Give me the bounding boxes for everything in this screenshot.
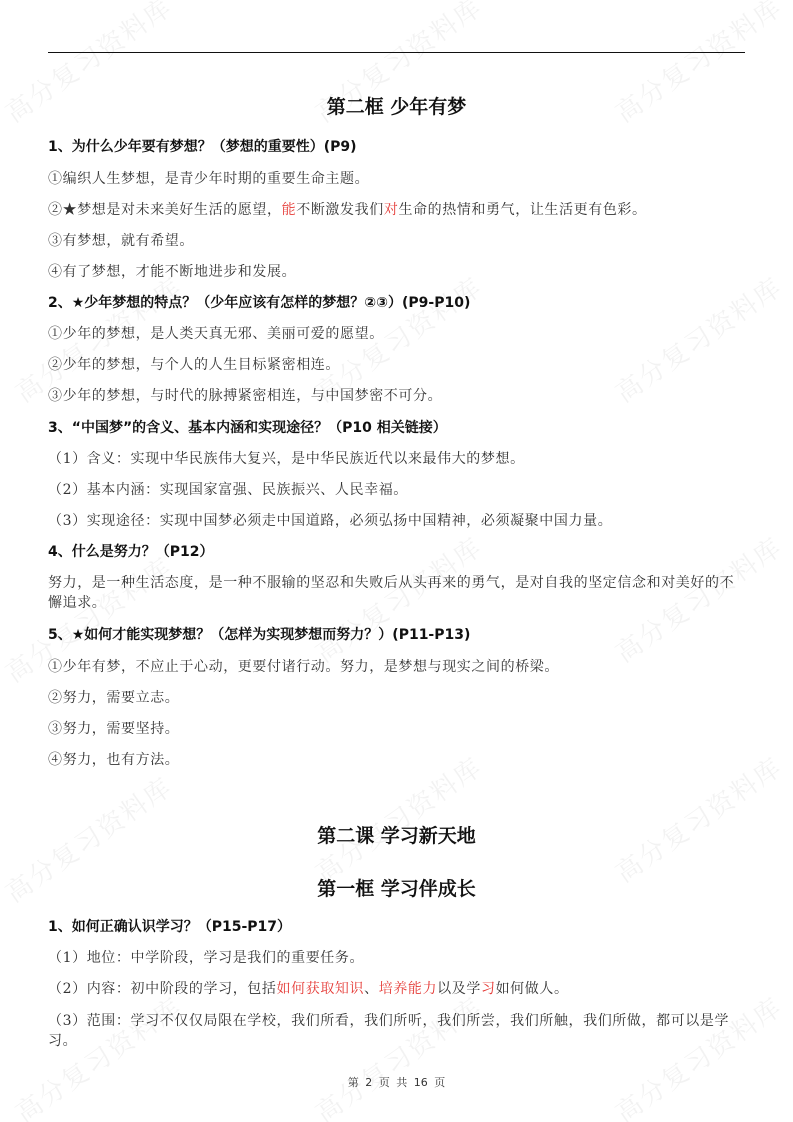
highlight-text: 培养能力 [379,981,437,997]
list-item: ③有梦想，就有希望。 [48,232,194,250]
text-segment: 不断激发我们 [296,202,384,218]
text-segment: ②★梦想是对未来美好生活的愿望， [48,202,282,218]
question-heading: 3、“中国梦”的含义、基本内涵和实现途径？（P10 相关链接） [48,419,447,437]
watermark: 高分复习资料库 [607,987,789,1122]
watermark: 高分复习资料库 [307,987,489,1122]
list-item: ②少年的梦想，与个人的人生目标紧密相连。 [48,356,340,374]
paragraph: （3）范围：学习不仅仅局限在学校，我们所看，我们所听，我们所尝，我们所触，我们所… [48,1011,748,1051]
list-item: （3）实现途径：实现中国梦必须走中国道路，必须弘扬中国精神，必须凝聚中国力量。 [48,512,612,530]
question-heading: 4、什么是努力？（P12） [48,543,213,561]
list-item: ①少年有梦，不应止于心动，更要付诸行动。努力，是梦想与现实之间的桥梁。 [48,658,559,676]
highlight-text: 如何获取知识 [277,981,365,997]
list-item: ①编织人生梦想，是青少年时期的重要生命主题。 [48,170,369,188]
watermark: 高分复习资料库 [607,747,789,890]
question-heading: 1、为什么少年要有梦想？（梦想的重要性）(P9) [48,138,357,156]
list-item: ②★梦想是对未来美好生活的愿望，能不断激发我们对生命的热情和勇气，让生活更有色彩… [48,201,647,219]
list-item: ④有了梦想，才能不断地进步和发展。 [48,263,296,281]
watermark: 高分复习资料库 [7,987,189,1122]
list-item: （2）基本内涵：实现国家富强、民族振兴、人民幸福。 [48,481,408,499]
list-item: ④努力，也有方法。 [48,751,179,769]
question-heading: 1、如何正确认识学习？（P15-P17） [48,918,291,936]
lesson-title: 第二课 学习新天地 [48,821,745,848]
list-item: （2）内容：初中阶段的学习，包括如何获取知识、培养能力以及学习如何做人。 [48,980,569,998]
text-segment: 生命的热情和勇气，让生活更有色彩。 [398,202,646,218]
list-item: ②努力，需要立志。 [48,689,179,707]
paragraph: 努力，是一种生活态度，是一种不服输的坚忍和失败后从头再来的勇气，是对自我的坚定信… [48,573,748,613]
highlight-text: 习 [481,981,496,997]
text-segment: 以及学 [437,981,481,997]
watermark: 高分复习资料库 [307,747,489,890]
header-rule [48,52,745,53]
text-segment: （2）内容：初中阶段的学习，包括 [48,981,277,997]
text-segment: 如何做人。 [496,981,569,997]
highlight-text: 能 [282,202,297,218]
watermark: 高分复习资料库 [607,267,789,410]
text-segment: 、 [364,981,379,997]
page-number: 第 2 页 共 16 页 [0,1074,793,1090]
list-item: ③努力，需要坚持。 [48,720,179,738]
question-heading: 5、★如何才能实现梦想？（怎样为实现梦想而努力？）(P11-P13) [48,626,470,644]
highlight-text: 对 [384,202,399,218]
section-title: 第一框 学习伴成长 [48,874,745,901]
list-item: （1）地位：中学阶段，学习是我们的重要任务。 [48,949,364,967]
list-item: （1）含义：实现中华民族伟大复兴，是中华民族近代以来最伟大的梦想。 [48,450,525,468]
list-item: ①少年的梦想，是人类天真无邪、美丽可爱的愿望。 [48,325,384,343]
section-title: 第二框 少年有梦 [48,92,745,119]
question-heading: 2、★少年梦想的特点？（少年应该有怎样的梦想？②③）(P9-P10) [48,294,470,312]
list-item: ③少年的梦想，与时代的脉搏紧密相连，与中国梦密不可分。 [48,387,442,405]
